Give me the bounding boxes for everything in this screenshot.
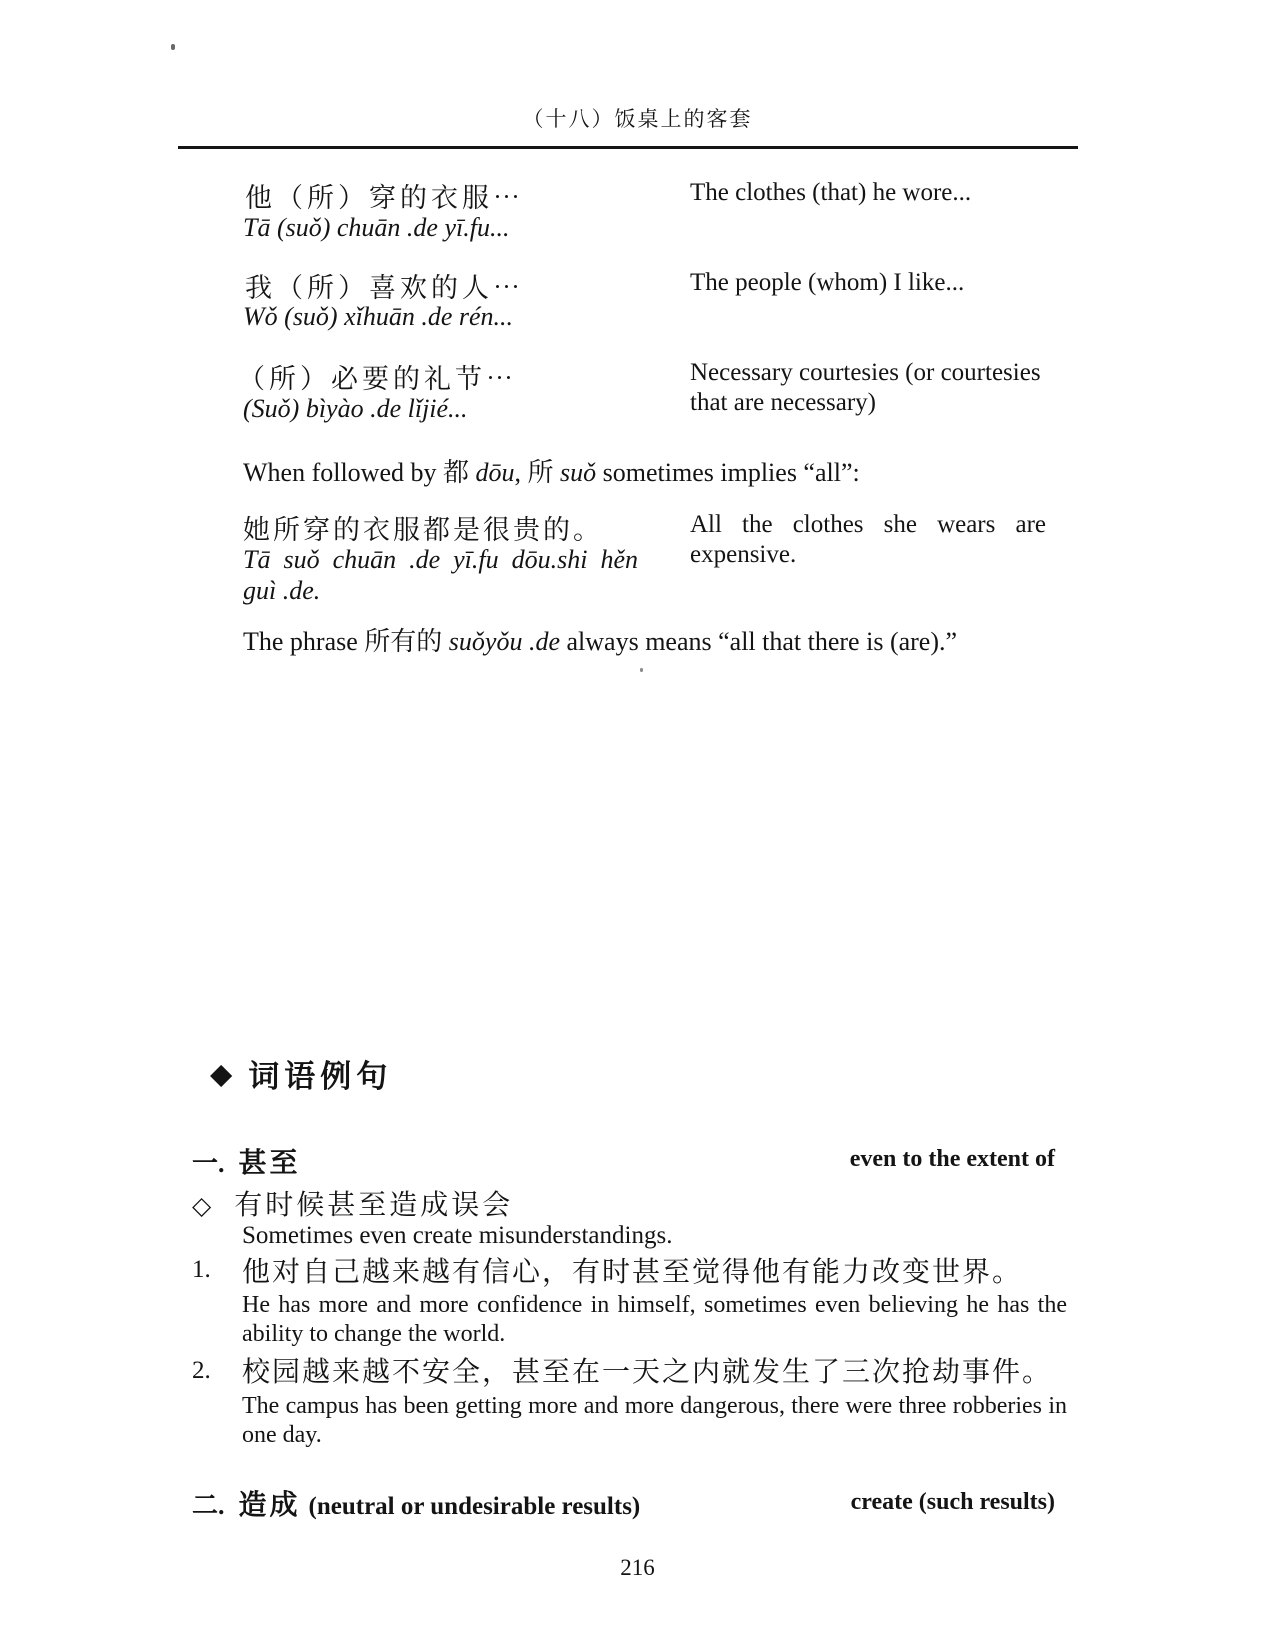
note-text: , [515, 458, 528, 487]
section-heading: ◆词语例句 [210, 1051, 392, 1096]
note-chinese: 所 [528, 458, 561, 487]
note-pinyin: suǒ [560, 458, 596, 487]
entry-number: 二. [192, 1491, 225, 1520]
scan-speck [640, 668, 643, 672]
example-pinyin: Wǒ (suǒ) xǐhuān .de rén... [243, 302, 513, 332]
pattern-chinese: 有时候甚至造成误会 [234, 1190, 513, 1221]
sentence-chinese: 校园越来越不安全，甚至在一天之内就发生了三次抢劫事件。 [242, 1350, 1052, 1390]
example-chinese: 她所穿的衣服都是很贵的。 [243, 508, 603, 547]
entry-gloss: create (such results) [851, 1489, 1055, 1516]
example-chinese: （所）必要的礼节⋯ [238, 357, 517, 396]
sentence-chinese: 他对自己越来越有信心，有时甚至觉得他有能力改变世界。 [242, 1250, 1022, 1290]
example-pinyin: (Suǒ) bìyào .de lǐjié... [243, 394, 468, 424]
example-pinyin: Tā (suǒ) chuān .de yī.fu... [243, 213, 509, 243]
example-chinese: 我（所）喜欢的人⋯ [245, 266, 524, 305]
section-title: 词语例句 [248, 1059, 392, 1094]
note-chinese: 所有的 [364, 627, 449, 656]
usage-note-dou: When followed by 都 dōu, 所 suǒ sometimes … [243, 452, 860, 489]
scan-speck [171, 44, 175, 50]
header-rule [178, 146, 1078, 149]
textbook-page: （十八）饭桌上的客套 他（所）穿的衣服⋯ Tā (suǒ) chuān .de … [0, 0, 1275, 1650]
example-translation: The clothes (that) he wore... [690, 178, 971, 208]
note-text: When followed by [243, 458, 443, 487]
example-chinese: 他（所）穿的衣服⋯ [245, 176, 524, 215]
example-translation: All the clothes she wears are expensive. [690, 510, 1046, 570]
note-pinyin: suǒyǒu .de [449, 627, 560, 656]
entry-gloss: even to the extent of [850, 1146, 1055, 1173]
example-pinyin: Tā suǒ chuān .de yī.fu dōu.shi hěn guì .… [243, 544, 638, 606]
sentence-number: 2. [192, 1357, 211, 1385]
entry-annotation: (neutral or undesirable results) [309, 1493, 641, 1520]
entry-heading: 一.甚至 [192, 1141, 301, 1181]
example-translation: Necessary courtesies (or courtesies that… [690, 358, 1042, 418]
pattern-row: ◇有时候甚至造成误会 [192, 1183, 513, 1223]
usage-note-suoyou: The phrase 所有的 suǒyǒu .de always means “… [243, 621, 957, 658]
note-chinese: 都 [443, 458, 476, 487]
entry-heading: 二.造成(neutral or undesirable results) [192, 1483, 640, 1523]
note-text: sometimes implies “all”: [596, 458, 860, 487]
sentence-number: 1. [192, 1256, 211, 1284]
black-diamond-icon: ◆ [210, 1057, 232, 1091]
entry-headword: 造成 [239, 1490, 301, 1521]
note-pinyin: dōu [476, 458, 515, 487]
pattern-translation: Sometimes even create misunderstandings. [242, 1222, 672, 1250]
chapter-header: （十八）饭桌上的客套 [0, 103, 1275, 133]
page-number: 216 [0, 1555, 1275, 1581]
sentence-translation: He has more and more confidence in himse… [242, 1291, 1067, 1349]
white-diamond-icon: ◇ [192, 1191, 211, 1220]
example-translation: The people (whom) I like... [690, 268, 964, 298]
entry-headword: 甚至 [239, 1148, 301, 1179]
note-text: The phrase [243, 627, 364, 656]
entry-number: 一. [192, 1149, 225, 1178]
note-text: always means “all that there is (are).” [560, 627, 957, 656]
sentence-translation: The campus has been getting more and mor… [242, 1392, 1067, 1450]
